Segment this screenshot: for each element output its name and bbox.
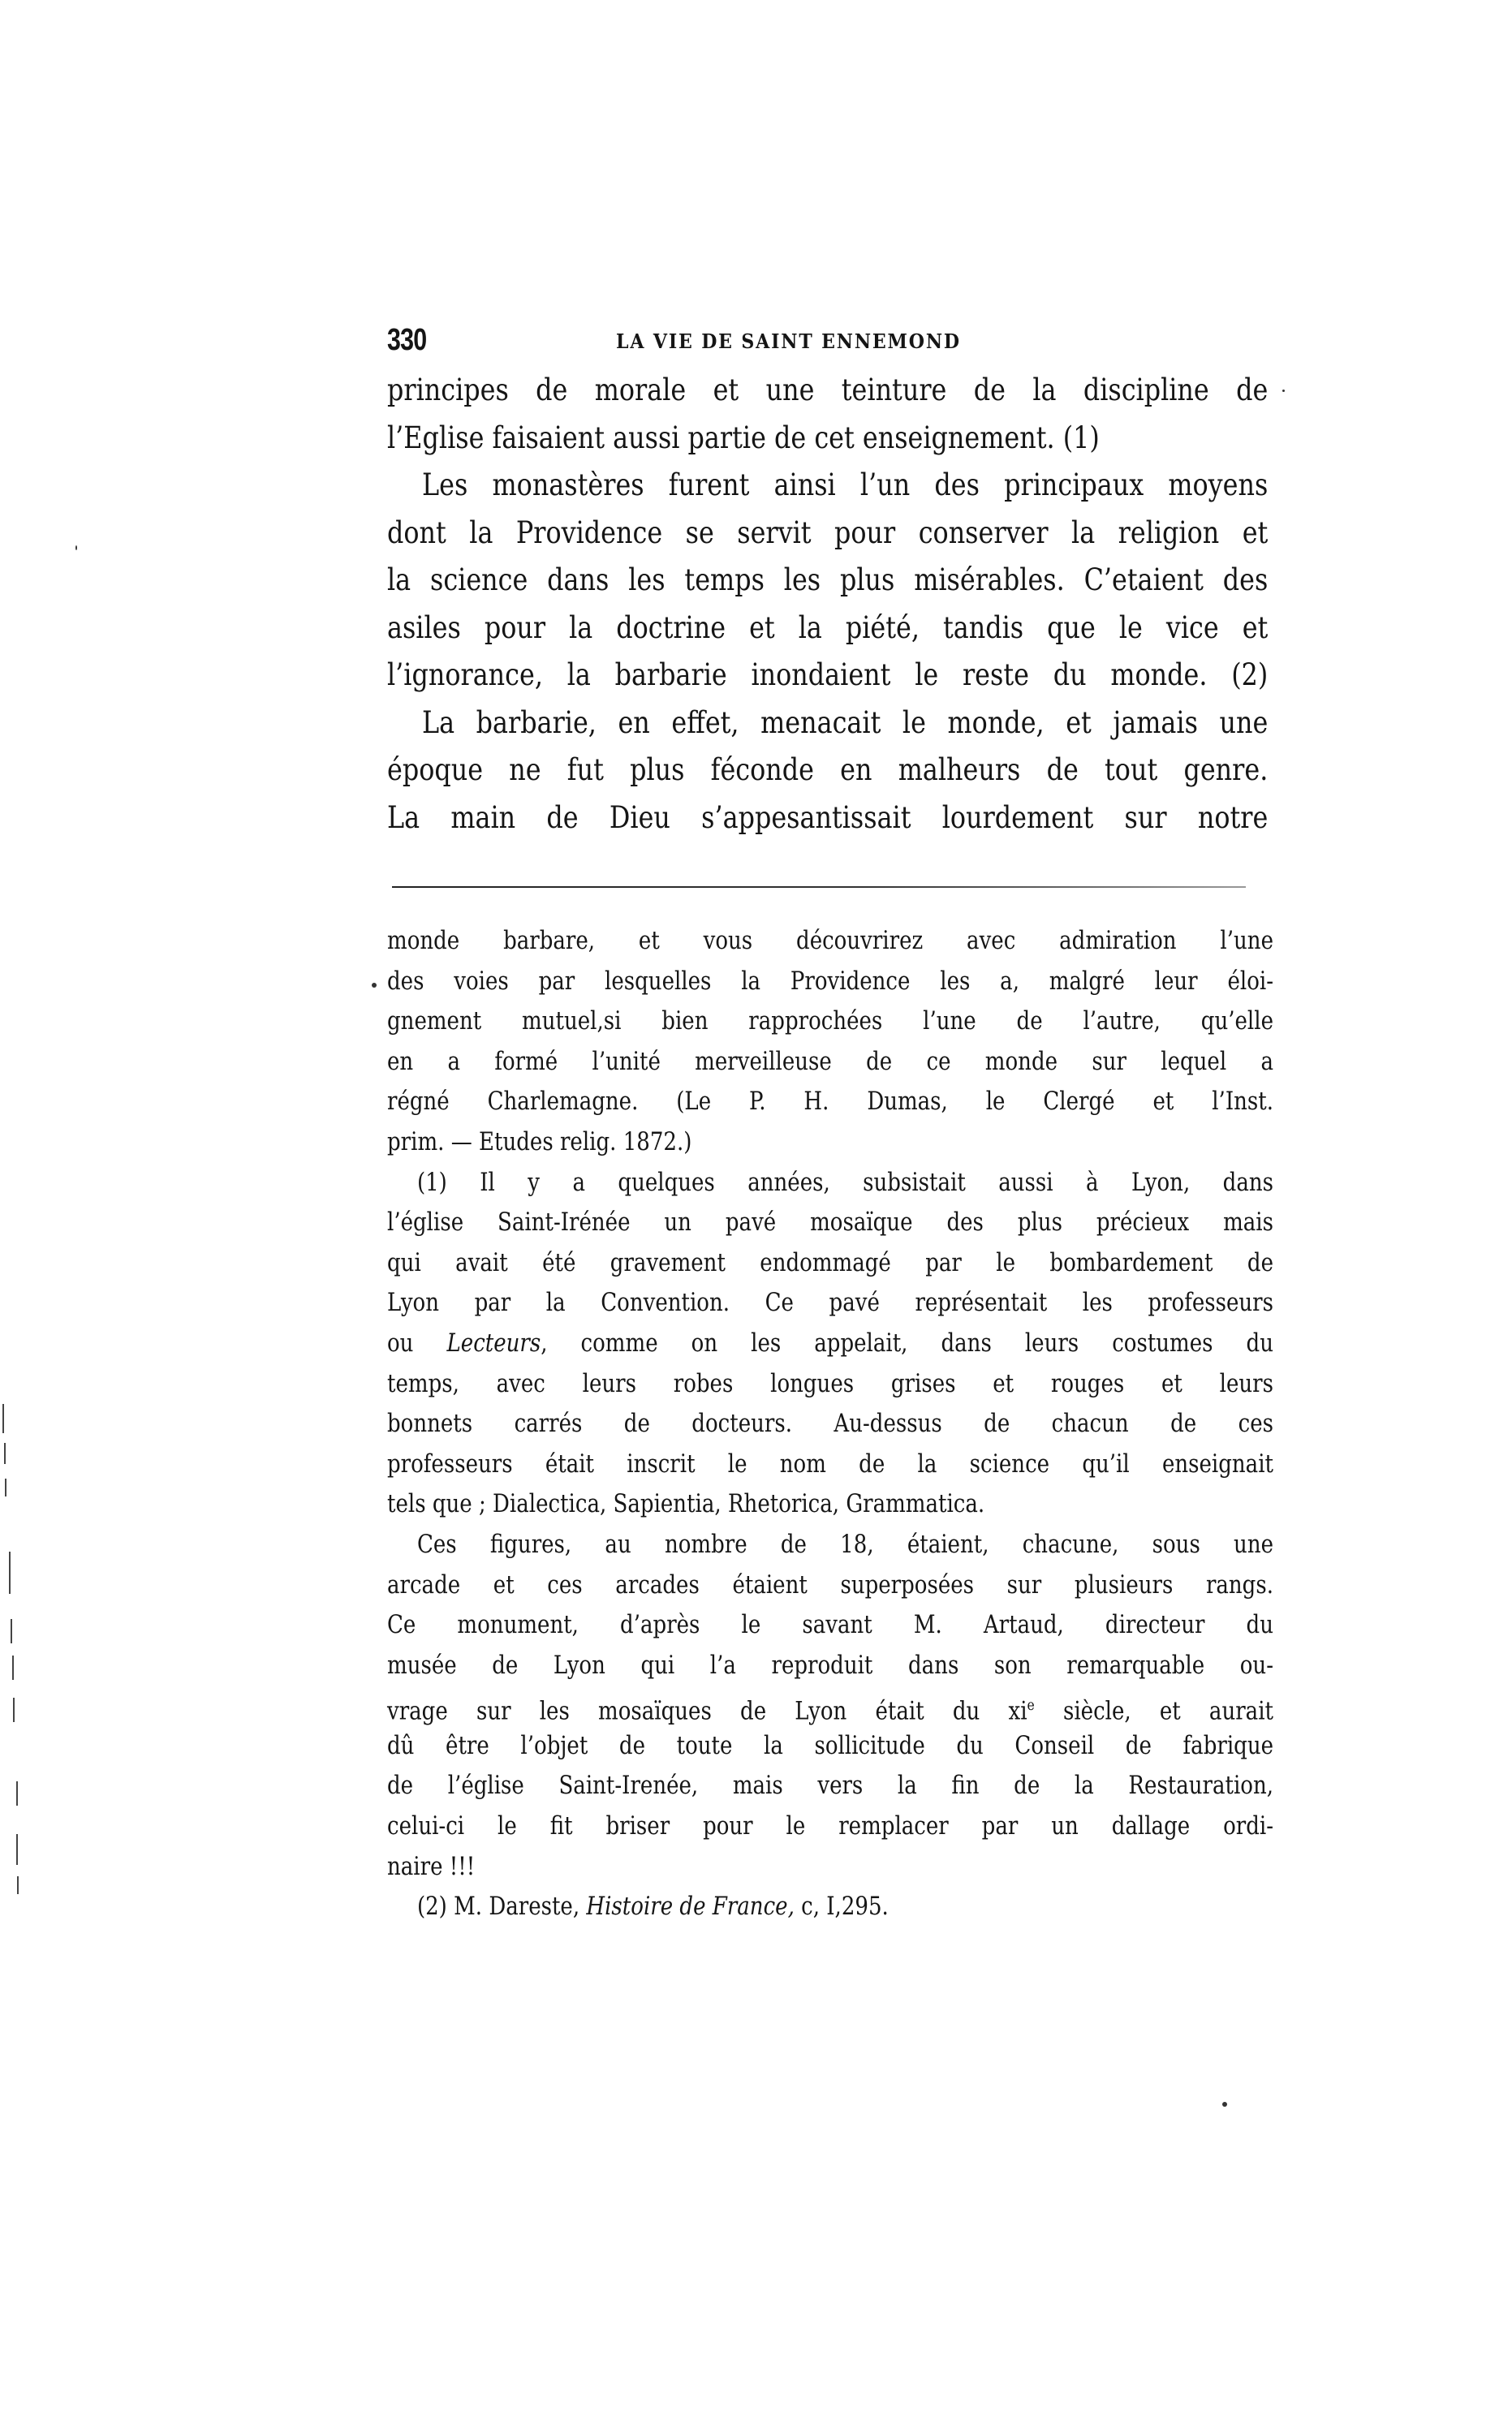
footnote-separator: [392, 886, 1246, 888]
footnote-line: bonnets carrés de docteurs. Au-dessus de…: [387, 1404, 1273, 1445]
footnote-line: qui avait été gravement endommagé par le…: [387, 1243, 1273, 1284]
scan-margin-mark: [16, 1834, 18, 1865]
footnote-line: gnement mutuel,si bien rapprochées l’une…: [387, 1001, 1273, 1042]
footnote-line: dû être l’objet de toute la sollicitude …: [387, 1726, 1273, 1767]
scan-margin-mark: [5, 1479, 6, 1496]
text-line: La main de Dieu s’appesantissait lourdem…: [387, 794, 1268, 842]
scan-speck: [75, 545, 77, 550]
italic-term: Lecteurs: [446, 1328, 541, 1358]
footnote-line: Ces figures, au nombre de 18, étaient, c…: [387, 1525, 1273, 1565]
footnote-line: naire !!!: [387, 1847, 1273, 1888]
footnote-line: prim. — Etudes relig. 1872.): [387, 1122, 1273, 1163]
footnote-line: arcade et ces arcades étaient superposée…: [387, 1565, 1273, 1606]
scan-margin-mark: [4, 1443, 6, 1464]
text-line: principes de morale et une teinture de l…: [387, 367, 1268, 415]
text-line: l’ignorance, la barbarie inondaient le r…: [387, 652, 1268, 700]
main-text: principes de morale et une teinture de l…: [387, 367, 1272, 842]
page-number: 330: [387, 323, 426, 358]
scan-speck: [1222, 2102, 1227, 2107]
footnote-line: ou Lecteurs, comme on les appelait, dans…: [387, 1324, 1273, 1364]
footnote-line: temps, avec leurs robes longues grises e…: [387, 1364, 1273, 1405]
scan-speck: [372, 983, 377, 988]
scan-margin-mark: [12, 1656, 14, 1680]
text-line: Les monastères furent ainsi l’un des pri…: [387, 462, 1268, 510]
footnote-2: (2) M. Dareste, Histoire de France, c, I…: [387, 1887, 1273, 1927]
running-title: LA VIE DE SAINT ENNEMOND: [616, 329, 961, 353]
footnote-line: celui-ci le fit briser pour le remplacer…: [387, 1806, 1273, 1847]
footnote-line: Ce monument, d’après le savant M. Artaud…: [387, 1605, 1273, 1646]
scan-margin-mark: [13, 1698, 15, 1722]
running-head: 330 LA VIE DE SAINT ENNEMOND: [387, 323, 1272, 355]
text-span: c, I,295.: [795, 1892, 889, 1921]
scan-margin-mark: [9, 1552, 11, 1594]
century-numeral: xi: [1009, 1697, 1027, 1726]
book-title: Histoire de France,: [586, 1892, 794, 1921]
footnote-line: régné Charlemagne. (Le P. H. Dumas, le C…: [387, 1082, 1273, 1122]
footnote-line: de l’église Saint-Irenée, mais vers la f…: [387, 1766, 1273, 1806]
footnote-line: musée de Lyon qui l’a reproduit dans son…: [387, 1646, 1273, 1686]
scan-margin-mark: [17, 1876, 19, 1894]
footnote-line: tels que ; Dialectica, Sapientia, Rhetor…: [387, 1484, 1273, 1525]
footnote-line: l’église Saint-Irénée un pavé mosaïque d…: [387, 1203, 1273, 1243]
text-line: asiles pour la doctrine et la piété, tan…: [387, 605, 1268, 652]
text-span: ou: [387, 1328, 446, 1358]
footnote-line: des voies par lesquelles la Providence l…: [387, 962, 1273, 1002]
footnote-line: Lyon par la Convention. Ce pavé représen…: [387, 1283, 1273, 1324]
footnotes: monde barbare, et vous découvrirez avec …: [387, 921, 1272, 1927]
footnote-line: vrage sur les mosaïques de Lyon était du…: [387, 1686, 1273, 1726]
text-line: La barbarie, en effet, menacait le monde…: [387, 700, 1268, 747]
scan-margin-mark: [16, 1781, 18, 1806]
footnote-line: monde barbare, et vous découvrirez avec …: [387, 921, 1273, 962]
footnote-1-start: (1) Il y a quelques années, subsistait a…: [387, 1163, 1273, 1204]
text-line: la science dans les temps les plus misér…: [387, 557, 1268, 605]
text-line: époque ne fut plus féconde en malheurs d…: [387, 747, 1268, 794]
text-span: , comme on les appelait, dans leurs cost…: [541, 1328, 1273, 1358]
text-line: dont la Providence se servit pour conser…: [387, 510, 1268, 558]
superscript: e: [1027, 1697, 1035, 1714]
scan-margin-mark: [11, 1619, 12, 1643]
text-span: (2) M. Dareste,: [417, 1892, 586, 1921]
text-line: l’Eglise faisaient aussi partie de cet e…: [387, 415, 1268, 463]
scan-margin-mark: [2, 1404, 4, 1433]
text-span: siècle, et aurait: [1035, 1697, 1273, 1726]
footnote-line: en a formé l’unité merveilleuse de ce mo…: [387, 1042, 1273, 1083]
footnote-line: professeurs était inscrit le nom de la s…: [387, 1445, 1273, 1485]
text-span: vrage sur les mosaïques de Lyon était du: [387, 1697, 1009, 1726]
scan-speck: [1282, 390, 1285, 392]
